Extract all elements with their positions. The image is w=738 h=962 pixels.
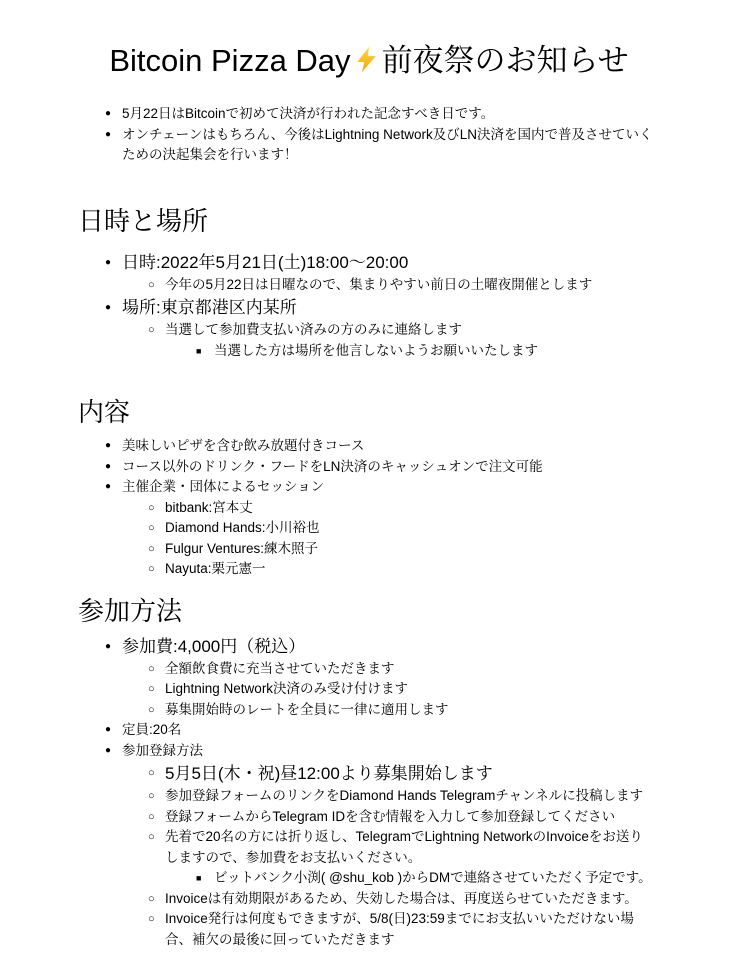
lightning-bolt-icon bbox=[353, 44, 380, 75]
list-item: 募集開始時のレートを全員に一律に適用します bbox=[148, 700, 702, 721]
list-item: 今年の5月22日は日曜なので、集まりやすい前日の土曜夜開催とします bbox=[148, 275, 702, 296]
section-heading-how-to-join: 参加方法 bbox=[78, 594, 738, 628]
content-list: 美味しいピザを含む飲み放題付きコース コース以外のドリンク・フードをLN決済のキ… bbox=[0, 436, 738, 580]
list-item: 全額飲食費に充当させていただきます bbox=[148, 659, 702, 680]
list-item: ビットバンク小渕( @shu_kob )からDMで連絡させていただく予定です。 bbox=[196, 868, 702, 889]
list-item: Lightning Network決済のみ受け付けます bbox=[148, 679, 702, 700]
document-title: Bitcoin Pizza Day前夜祭のお知らせ bbox=[10, 42, 728, 80]
list-item: 当選して参加費支払い済みの方のみに連絡します bbox=[148, 320, 702, 341]
title-text-after: 前夜祭のお知らせ bbox=[382, 43, 629, 78]
list-item: 当選した方は場所を他言しないようお願いいたします bbox=[196, 341, 702, 362]
list-item: 登録フォームからTelegram IDを含む情報を入力して参加登録してください bbox=[148, 807, 702, 828]
document-page: Bitcoin Pizza Day前夜祭のお知らせ 5月22日はBitcoinで… bbox=[0, 0, 738, 962]
section-heading-datetime-location: 日時と場所 bbox=[78, 204, 738, 238]
intro-list: 5月22日はBitcoinで初めて決済が行われた記念すべき日です。 オンチェーン… bbox=[0, 104, 738, 166]
list-item: 日時:2022年5月21日(土)18:00〜20:00 bbox=[105, 250, 702, 275]
list-item: コース以外のドリンク・フードをLN決済のキャッシュオンで注文可能 bbox=[105, 457, 702, 478]
list-item: Invoiceは有効期限があるため、失効した場合は、再度送らせていただきます。 bbox=[148, 889, 702, 910]
list-item: 参加費:4,000円（税込） bbox=[105, 634, 702, 659]
list-item: オンチェーンはもちろん、今後はLightning Network及びLN決済を国… bbox=[105, 125, 702, 166]
list-item: 場所:東京都港区内某所 bbox=[105, 295, 702, 320]
title-text-before: Bitcoin Pizza Day bbox=[109, 43, 350, 78]
section-heading-content: 内容 bbox=[78, 395, 738, 429]
datetime-location-list: 日時:2022年5月21日(土)18:00〜20:00 今年の5月22日は日曜な… bbox=[0, 250, 738, 362]
list-item: Nayuta:栗元憲一 bbox=[148, 559, 702, 580]
list-item: 参加登録フォームのリンクをDiamond Hands Telegramチャンネル… bbox=[148, 786, 702, 807]
list-item: 5月22日はBitcoinで初めて決済が行われた記念すべき日です。 bbox=[105, 104, 702, 125]
how-to-join-list: 参加費:4,000円（税込） 全額飲食費に充当させていただきます Lightni… bbox=[0, 634, 738, 951]
list-item: Fulgur Ventures:練木照子 bbox=[148, 539, 702, 560]
list-item: 先着で20名の方には折り返し、TelegramでLightning Networ… bbox=[148, 827, 702, 868]
list-item: Invoice発行は何度もできますが、5/8(日)23:59までにお支払いいただ… bbox=[148, 909, 702, 950]
list-item: bitbank:宮本丈 bbox=[148, 498, 702, 519]
list-item: 参加登録方法 bbox=[105, 741, 702, 762]
list-item: 定員:20名 bbox=[105, 720, 702, 741]
list-item: Diamond Hands:小川裕也 bbox=[148, 518, 702, 539]
list-item: 主催企業・団体によるセッション bbox=[105, 477, 702, 498]
list-item: 5月5日(木・祝)昼12:00より募集開始します bbox=[148, 761, 702, 786]
list-item: 美味しいピザを含む飲み放題付きコース bbox=[105, 436, 702, 457]
